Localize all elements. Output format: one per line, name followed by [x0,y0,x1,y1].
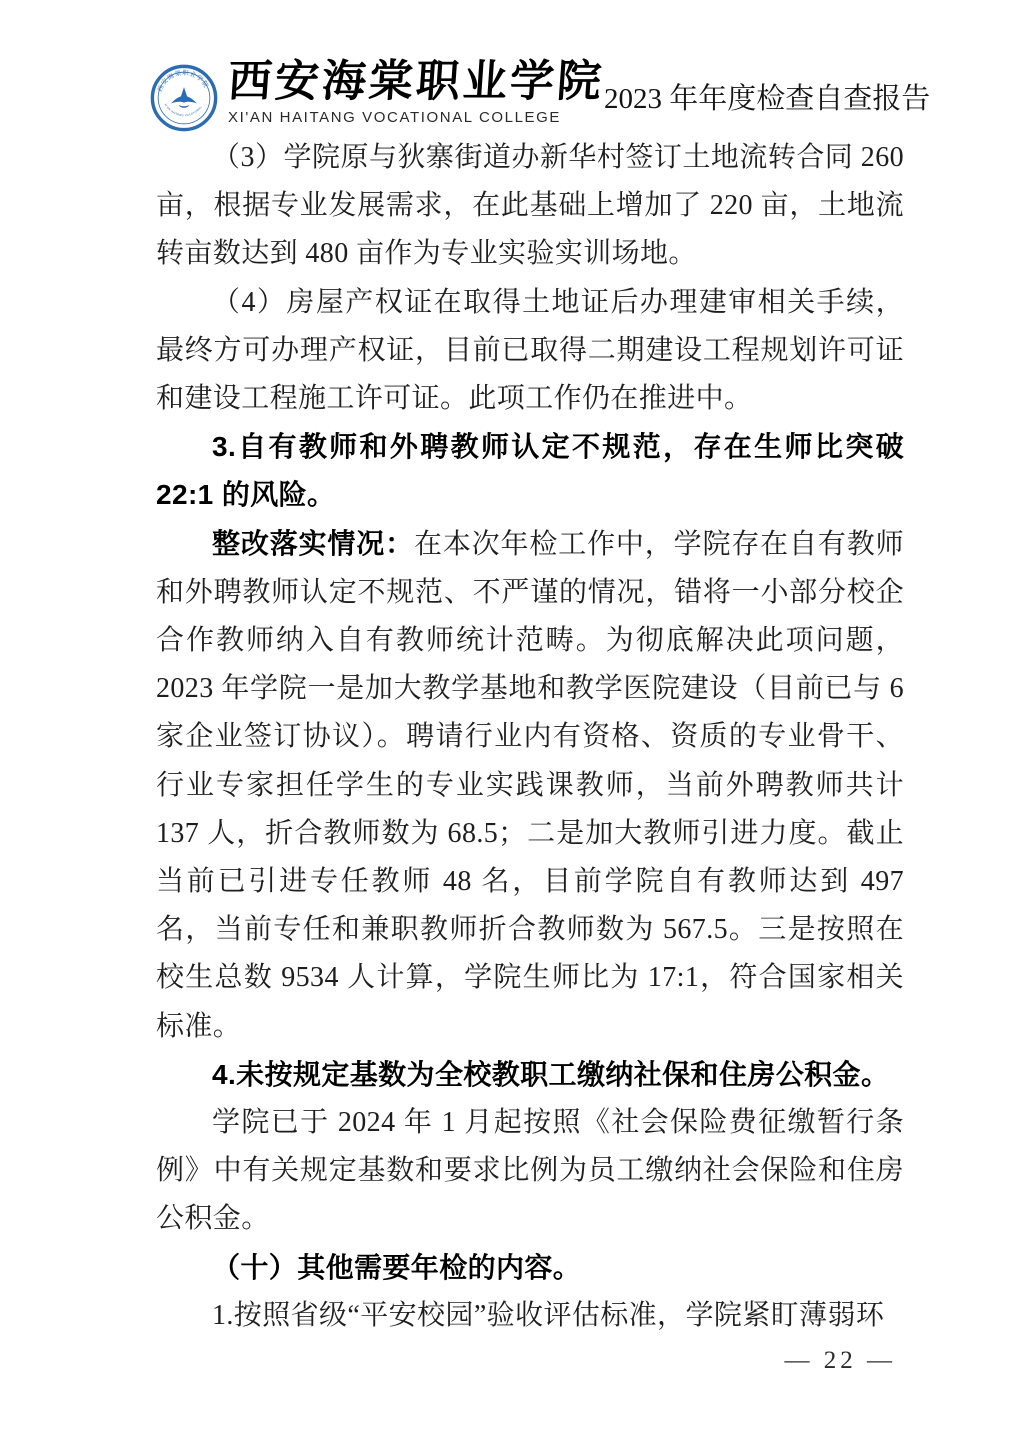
college-brand: 西安海棠职业学院 XI'AN HAITANG VOCATIONAL 西安海棠职业… [150,58,604,132]
paragraph-rectification: 整改落实情况：在本次年检工作中，学院存在自有教师和外聘教师认定不规范、不严谨的情… [156,520,904,1051]
heading-item-4: 4.未按规定基数为全校教职工缴纳社保和住房公积金。 [156,1051,904,1099]
paragraph-social-insurance: 学院已于 2024 年 1 月起按照《社会保险费征缴暂行条例》中有关规定基数和要… [156,1099,904,1244]
paragraph-property-certificate: （4）房屋产权证在取得土地证后办理建审相关手续，最终方可办理产权证，目前已取得二… [156,279,904,424]
rectification-body-text: 在本次年检工作中，学院存在自有教师和外聘教师认定不规范、不严谨的情况，错将一小部… [156,529,904,1042]
report-title: 2023 年年度检查自查报告 [604,76,930,117]
page-footer: — 22 — [785,1347,897,1375]
college-name-zh: 西安海棠职业学院 [226,58,605,106]
section-heading-ten: （十）其他需要年检的内容。 [156,1244,904,1292]
paragraph-land-transfer: （3）学院原与狄寨街道办新华村签订土地流转合同 260 亩，根据专业发展需求，在… [156,134,904,279]
rectification-lead-label: 整改落实情况： [212,528,414,559]
page-number: — 22 — [785,1347,897,1374]
college-name-block: 西安海棠职业学院 XI'AN HAITANG VOCATIONAL COLLEG… [228,58,604,126]
document-page: { "header": { "college_name_zh": "西安海棠职业… [0,0,1024,1447]
page-header: 西安海棠职业学院 XI'AN HAITANG VOCATIONAL 西安海棠职业… [150,58,904,132]
heading-item-3: 3.自有教师和外聘教师认定不规范，存在生师比突破 22:1 的风险。 [156,423,904,519]
document-body: （3）学院原与狄寨街道办新华村签订土地流转合同 260 亩，根据专业发展需求，在… [156,134,904,1340]
college-name-en: XI'AN HAITANG VOCATIONAL COLLEGE [228,109,604,126]
paragraph-safe-campus: 1.按照省级“平安校园”验收评估标准，学院紧盯薄弱环 [156,1292,904,1340]
college-logo-icon: 西安海棠职业学院 XI'AN HAITANG VOCATIONAL [150,64,218,132]
